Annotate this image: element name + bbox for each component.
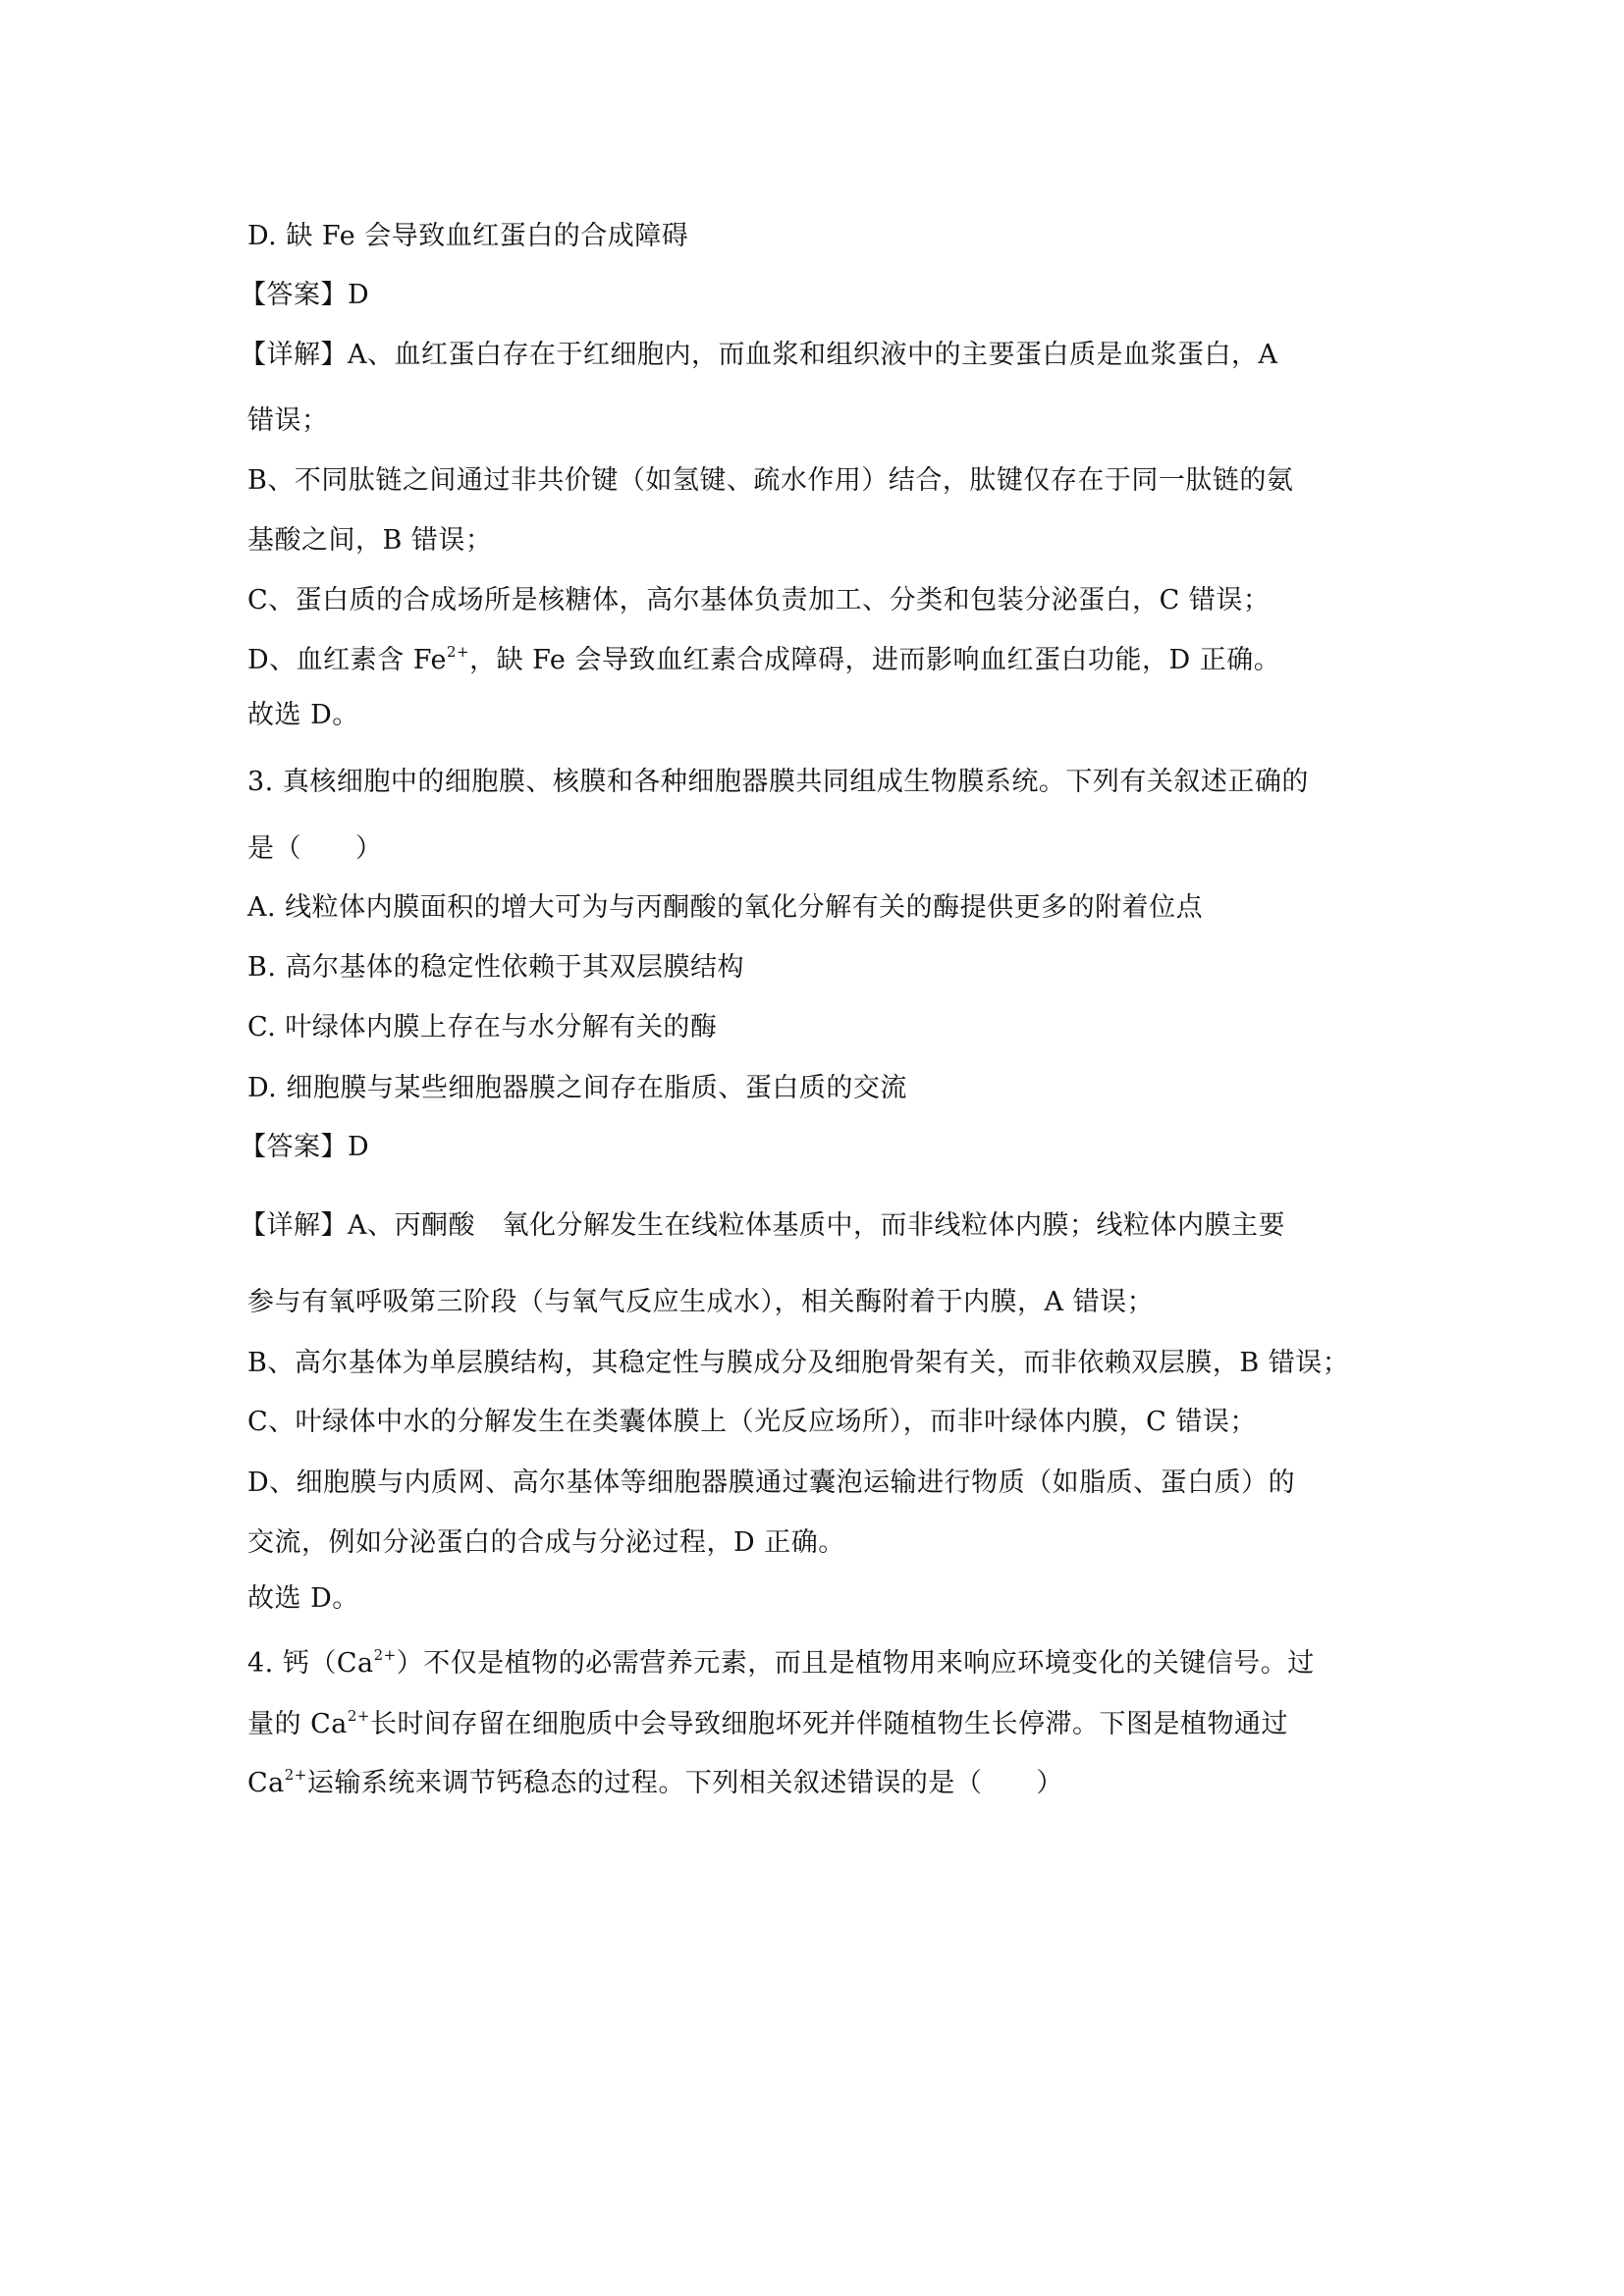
q4-stem-line2-pre: 量的 Ca: [247, 1709, 348, 1739]
q3-option-c: C. 叶绿体内膜上存在与水分解有关的酶: [247, 1011, 717, 1044]
q3-stem-line2: 是（ ）: [247, 832, 383, 866]
ca-charge-superscript: 2+: [374, 1646, 397, 1664]
ca-charge-superscript: 2+: [285, 1766, 307, 1784]
q3-explanation-c: C、叶绿体中水的分解发生在类囊体膜上（光反应场所），而非叶绿体内膜，C 错误；: [247, 1406, 1257, 1439]
q2-explanation-d-pre: D、血红素含 Fe: [247, 645, 447, 675]
q3-explanation-d-line2: 交流，例如分泌蛋白的合成与分泌过程，D 正确。: [247, 1526, 845, 1560]
q3-stem-line1: 3. 真核细胞中的细胞膜、核膜和各种细胞器膜共同组成生物膜系统。下列有关叙述正确…: [247, 766, 1309, 799]
q2-explanation-c: C、蛋白质的合成场所是核糖体，高尔基体负责加工、分类和包装分泌蛋白，C 错误；: [247, 584, 1270, 617]
q2-option-d: D. 缺 Fe 会导致血红蛋白的合成障碍: [247, 220, 688, 253]
q2-explanation-b-line2: 基酸之间，B 错误；: [247, 524, 492, 558]
q2-answer: 【答案】D: [240, 279, 369, 312]
q3-conclusion: 故选 D。: [247, 1582, 359, 1616]
document-page: D. 缺 Fe 会导致血红蛋白的合成障碍 【答案】D 【详解】A、血红蛋白存在于…: [0, 0, 1624, 2296]
q2-explanation-d: D、血红素含 Fe2+，缺 Fe 会导致血红素合成障碍，进而影响血红蛋白功能，D…: [247, 644, 1280, 677]
q4-stem-line2-post: 长时间存留在细胞质中会导致细胞坏死并伴随植物生长停滞。下图是植物通过: [370, 1709, 1288, 1739]
q3-explanation-d-line1: D、细胞膜与内质网、高尔基体等细胞器膜通过囊泡运输进行物质（如脂质、蛋白质）的: [247, 1467, 1295, 1500]
q3-option-d: D. 细胞膜与某些细胞器膜之间存在脂质、蛋白质的交流: [247, 1072, 907, 1105]
q3-explanation-a-line1: 【详解】A、丙酮酸 氧化分解发生在线粒体基质中，而非线粒体内膜；线粒体内膜主要: [240, 1209, 1285, 1243]
q2-explanation-a-line1: 【详解】A、血红蛋白存在于红细胞内，而血浆和组织液中的主要蛋白质是血浆蛋白，A: [240, 339, 1278, 372]
ca-charge-superscript: 2+: [348, 1707, 370, 1725]
q4-stem-line2: 量的 Ca2+长时间存留在细胞质中会导致细胞坏死并伴随植物生长停滞。下图是植物通…: [247, 1708, 1288, 1741]
q3-option-b: B. 高尔基体的稳定性依赖于其双层膜结构: [247, 951, 744, 985]
q3-option-a: A. 线粒体内膜面积的增大可为与丙酮酸的氧化分解有关的酶提供更多的附着位点: [247, 891, 1203, 925]
q2-conclusion: 故选 D。: [247, 699, 359, 732]
q2-explanation-b-line1: B、不同肽链之间通过非共价键（如氢键、疏水作用）结合，肽键仅存在于同一肽链的氨: [247, 464, 1293, 498]
q3-explanation-a-line2: 参与有氧呼吸第三阶段（与氧气反应生成水），相关酶附着于内膜，A 错误；: [247, 1286, 1154, 1319]
q4-stem-line3: Ca2+运输系统来调节钙稳态的过程。下列相关叙述错误的是（ ）: [247, 1767, 1063, 1800]
q4-stem-line1-post: ）不仅是植物的必需营养元素，而且是植物用来响应环境变化的关键信号。过: [397, 1648, 1315, 1679]
q4-stem-line3-post: 运输系统来调节钙稳态的过程。下列相关叙述错误的是（ ）: [307, 1768, 1063, 1798]
q3-answer: 【答案】D: [240, 1131, 369, 1164]
q4-stem-line3-pre: Ca: [247, 1768, 285, 1798]
q4-stem-line1: 4. 钙（Ca2+）不仅是植物的必需营养元素，而且是植物用来响应环境变化的关键信…: [247, 1647, 1315, 1681]
q3-explanation-b: B、高尔基体为单层膜结构，其稳定性与膜成分及细胞骨架有关，而非依赖双层膜，B 错…: [247, 1347, 1349, 1380]
q4-stem-line1-pre: 4. 钙（Ca: [247, 1648, 374, 1679]
q2-explanation-d-post: ，缺 Fe 会导致血红素合成障碍，进而影响血红蛋白功能，D 正确。: [469, 645, 1280, 675]
fe-charge-superscript: 2+: [447, 643, 469, 661]
q2-explanation-a-line2: 错误；: [247, 404, 329, 438]
